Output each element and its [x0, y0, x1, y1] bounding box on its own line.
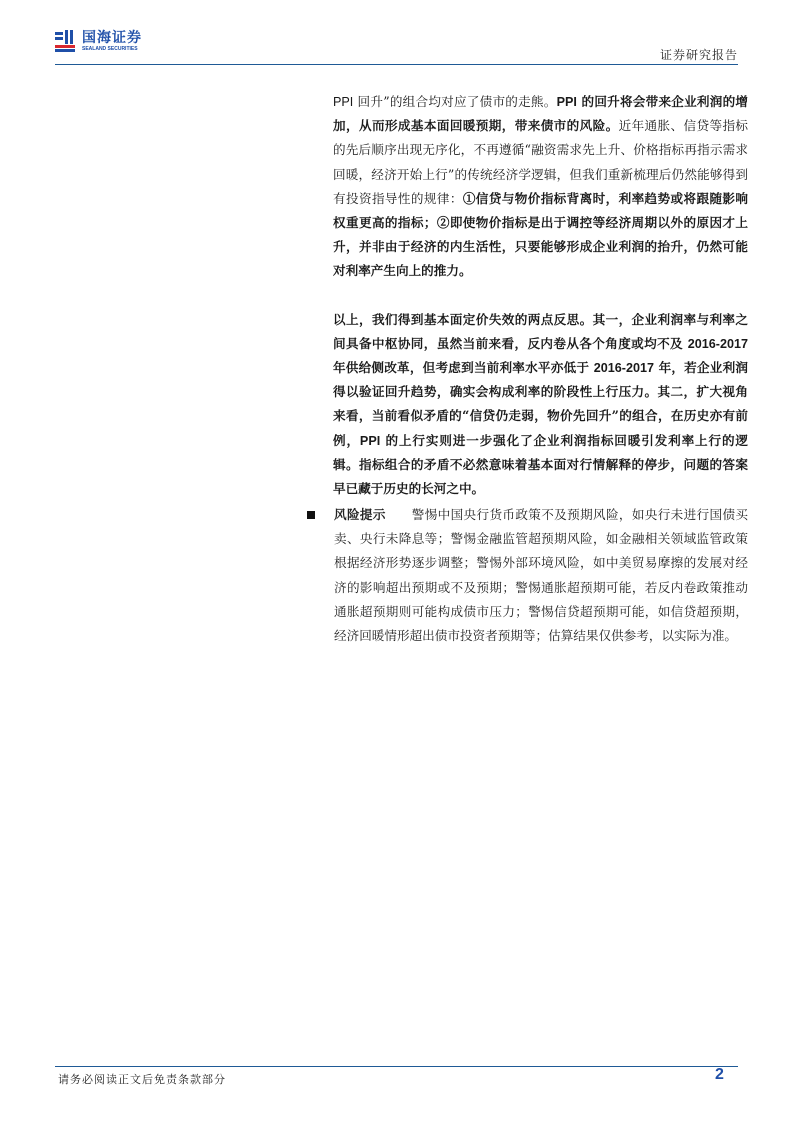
sealand-logo-icon	[55, 30, 77, 52]
page-header: 国海证券 SEALAND SECURITIES 证券研究报告	[55, 30, 738, 66]
header-divider	[55, 64, 738, 65]
footer-divider	[55, 1066, 738, 1067]
text-segment: PPI	[333, 95, 353, 109]
logo-english-name: SEALAND SECURITIES	[82, 46, 142, 52]
risk-warning-text: 警惕中国央行货币政策不及预期风险，如央行未进行国债买卖、央行未降息等；警惕金融监…	[334, 507, 748, 643]
company-logo: 国海证券 SEALAND SECURITIES	[55, 30, 142, 52]
square-bullet-icon	[307, 511, 315, 519]
footer-disclaimer: 请务必阅读正文后免责条款部分	[58, 1071, 226, 1087]
text-segment: 2016-2017	[688, 337, 748, 351]
risk-warning-section: 风险提示警惕中国央行货币政策不及预期风险，如央行未进行国债买卖、央行未降息等；警…	[307, 503, 748, 648]
text-segment: 回升”的组合均对应了债市的走熊。	[353, 94, 556, 109]
paragraph-2: 以上，我们得到基本面定价失效的两点反思。其一，企业利润率与利率之间具备中枢协同，…	[333, 308, 748, 502]
text-segment: 以上，我们得到基本面定价失效的两点反思。其一，企业利润率与利率之间具备中枢协同，…	[333, 312, 748, 351]
body-text: PPI 回升”的组合均对应了债市的走熊。PPI 的回升将会带来企业利润的增加，从…	[333, 90, 748, 501]
text-segment: PPI	[557, 95, 577, 109]
text-segment: 2016-2017	[594, 361, 654, 375]
text-segment: PPI	[360, 434, 380, 448]
paragraph-1: PPI 回升”的组合均对应了债市的走熊。PPI 的回升将会带来企业利润的增加，从…	[333, 90, 748, 284]
report-type-label: 证券研究报告	[660, 46, 738, 63]
text-segment: 的上行实则进一步强化了企业利润指标回暖引发利率上行的逻辑。指标组合的矛盾不必然意…	[333, 433, 748, 496]
page-number: 2	[715, 1066, 724, 1084]
logo-chinese-name: 国海证券	[82, 31, 142, 46]
risk-warning-label: 风险提示	[334, 507, 386, 522]
text-segment: 年供给侧改革，但考虑到当前利率水平亦低于	[333, 360, 594, 375]
